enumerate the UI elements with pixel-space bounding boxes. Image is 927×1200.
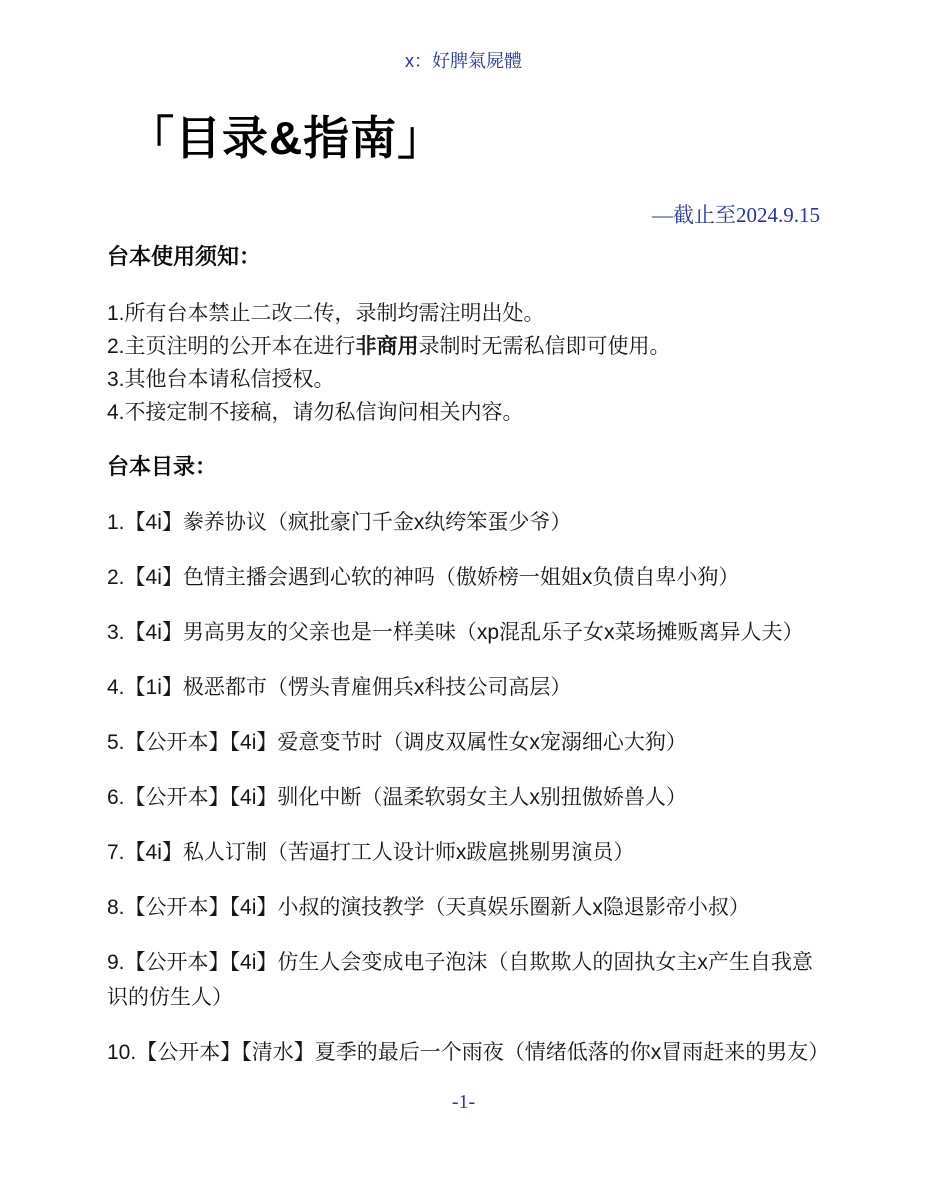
page-title: 「目录&指南」: [128, 108, 820, 168]
catalog-item-7: 7.【4i】私人订制（苦逼打工人设计师x跋扈挑剔男演员）: [107, 835, 820, 870]
notice-item-1: 1.所有台本禁止二改二传，录制均需注明出处。: [107, 297, 820, 330]
page-header: x：好脾氣屍體: [107, 0, 820, 72]
catalog-item-8: 8.【公开本】【4i】小叔的演技教学（天真娱乐圈新人x隐退影帝小叔）: [107, 890, 820, 925]
catalog-item-10: 10.【公开本】【清水】夏季的最后一个雨夜（情绪低落的你x冒雨赶来的男友）: [107, 1035, 820, 1070]
notice-list: 1.所有台本禁止二改二传，录制均需注明出处。 2.主页注明的公开本在进行非商用录…: [107, 297, 820, 429]
author-handle: x：好脾氣屍體: [405, 51, 522, 71]
catalog-item-2: 2.【4i】色情主播会遇到心软的神吗（傲娇榜一姐姐x负债自卑小狗）: [107, 560, 820, 595]
document-page: x：好脾氣屍體 「目录&指南」 —截止至2024.9.15 台本使用须知： 1.…: [0, 0, 927, 1200]
notice-item-2-bold-term: 非商用: [356, 335, 419, 358]
catalog-item-4: 4.【1i】极恶都市（愣头青雇佣兵x科技公司高层）: [107, 670, 820, 705]
notice-item-2: 2.主页注明的公开本在进行非商用录制时无需私信即可使用。: [107, 330, 820, 363]
catalog-item-5: 5.【公开本】【4i】爱意变节时（调皮双属性女x宠溺细心大狗）: [107, 725, 820, 760]
date-note: —截止至2024.9.15: [107, 202, 820, 229]
notice-item-2-text-before: 2.主页注明的公开本在进行: [107, 335, 356, 358]
catalog-item-1: 1.【4i】豢养协议（疯批豪门千金x纨绔笨蛋少爷）: [107, 505, 820, 540]
notice-item-2-text-after: 录制时无需私信即可使用。: [419, 335, 671, 358]
notice-item-3: 3.其他台本请私信授权。: [107, 363, 820, 396]
catalog-item-6: 6.【公开本】【4i】驯化中断（温柔软弱女主人x别扭傲娇兽人）: [107, 780, 820, 815]
catalog-item-3: 3.【4i】男高男友的父亲也是一样美味（xp混乱乐子女x菜场摊贩离异人夫）: [107, 615, 820, 650]
notice-heading: 台本使用须知：: [107, 243, 820, 271]
catalog-list: 1.【4i】豢养协议（疯批豪门千金x纨绔笨蛋少爷） 2.【4i】色情主播会遇到心…: [107, 505, 820, 1070]
catalog-item-9: 9.【公开本】【4i】仿生人会变成电子泡沫（自欺欺人的固执女主x产生自我意识的仿…: [107, 945, 820, 1015]
notice-item-4: 4.不接定制不接稿，请勿私信询问相关内容。: [107, 396, 820, 429]
page-number: -1-: [107, 1090, 820, 1114]
catalog-heading: 台本目录：: [107, 453, 820, 481]
